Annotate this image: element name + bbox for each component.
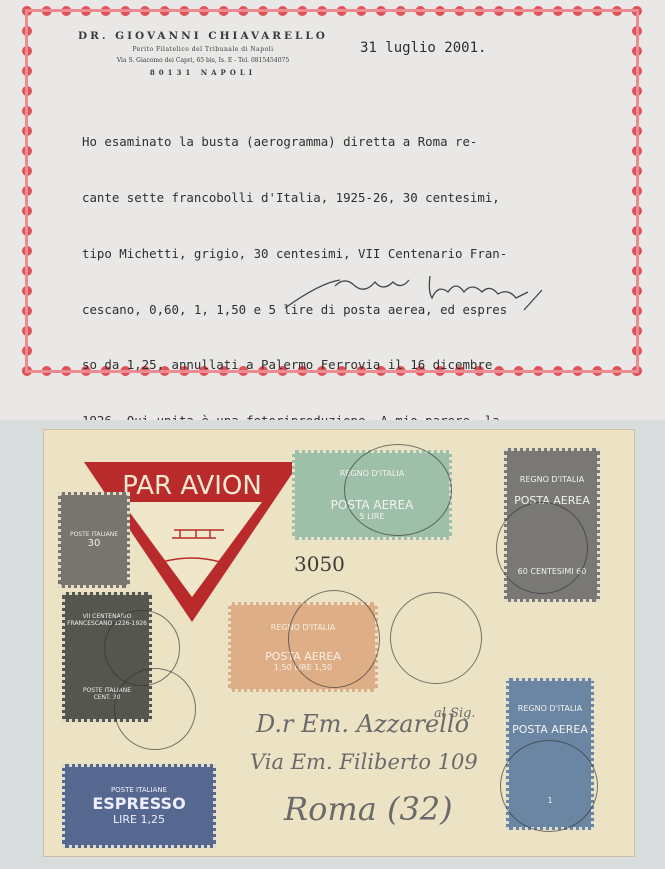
expert-name: DR. GIOVANNI CHIAVARELLO [58,30,348,42]
expert-title: Perito Filatelico del Tribunale di Napol… [58,46,348,53]
address-line: Roma (32) [284,790,453,828]
par-avion-text: PAR AVION [122,471,262,501]
expert-address: Via S. Giacomo dei Capri, 65 bis, Is. E … [58,57,348,64]
postmark [344,444,452,536]
body-line: so da 1,25, annullati a Palermo Ferrovia… [82,356,622,375]
expertise-certificate: DR. GIOVANNI CHIAVARELLO Perito Filateli… [0,0,665,420]
postmark [390,592,482,684]
postmark [288,590,380,688]
body-line: tipo Michetti, grigio, 30 centesimi, VII… [82,245,622,264]
body-line: cante sette francobolli d'Italia, 1925-2… [82,189,622,208]
address-line: Via Em. Filiberto 109 [250,750,478,774]
airmail-cover: PAR AVION POSTE ITALIANE 30 VII CENTENAR… [44,430,634,856]
postmark [114,668,196,750]
signature [280,268,580,318]
stamp-espresso-1lira25: POSTE ITALIANE ESPRESSO LIRE 1,25 [62,764,216,848]
body-line: Ho esaminato la busta (aerogramma) diret… [82,133,622,152]
envelope-page: PAR AVION POSTE ITALIANE 30 VII CENTENAR… [0,420,665,869]
registration-number: 3050 [294,552,345,576]
address-line: D.r Em. Azzarello [256,710,469,738]
postmark [500,740,598,832]
certificate-date: 31 luglio 2001. [360,40,486,56]
letterhead: DR. GIOVANNI CHIAVARELLO Perito Filateli… [58,30,348,77]
expert-city: 80131 NAPOLI [58,68,348,77]
stamp-michetti-30c: POSTE ITALIANE 30 [58,492,130,588]
postmark [496,502,588,594]
